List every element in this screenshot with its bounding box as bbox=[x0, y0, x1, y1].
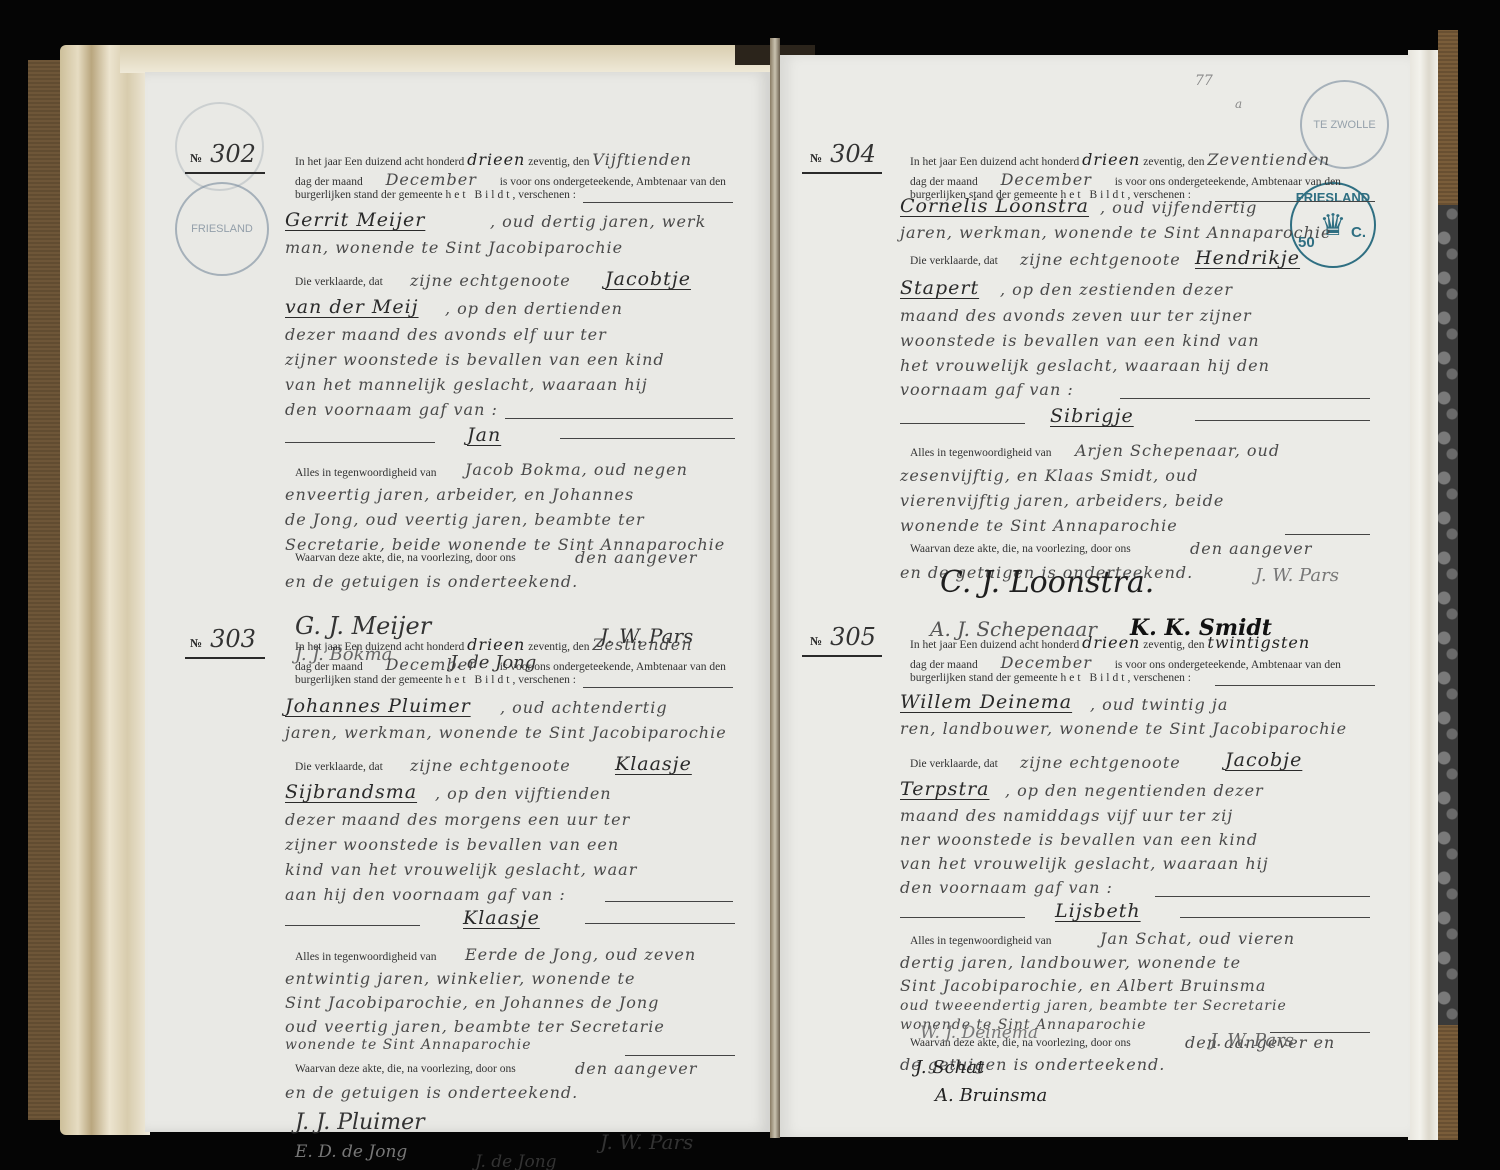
entry-number: №305 bbox=[810, 623, 876, 651]
printed-presence: Alles in tegenwoordigheid van bbox=[910, 935, 1051, 947]
printed-whereof: Waarvan deze akte, die, na voorlezing, d… bbox=[295, 552, 516, 564]
child-name: Klaasje bbox=[463, 907, 540, 929]
handwritten-year: drieen bbox=[467, 150, 525, 169]
printed-text: dag der maand bbox=[295, 661, 363, 673]
birth-text: den voornaam gaf van : bbox=[285, 400, 498, 419]
printed-declared: Die verklaarde, dat bbox=[295, 276, 383, 288]
handwritten-day: twintigsten bbox=[1207, 633, 1310, 652]
rule bbox=[1155, 896, 1370, 897]
wife-last-name: Sijbrandsma bbox=[285, 781, 417, 803]
printed-text: is voor ons ondergeteekende, Ambtenaar v… bbox=[500, 661, 726, 673]
witness-text: Jan Schat, oud vieren bbox=[1100, 929, 1295, 948]
birth-text: ner woonstede is bevallen van een kind bbox=[900, 830, 1258, 849]
printed-text: In het jaar Een duizend acht honderd bbox=[910, 639, 1079, 651]
printed-presence: Alles in tegenwoordigheid van bbox=[295, 467, 436, 479]
witness-text: Sint Jacobiparochie, en Johannes de Jong bbox=[285, 993, 659, 1012]
printed-line-1: In het jaar Een duizend acht honderd dri… bbox=[295, 635, 693, 654]
rule bbox=[900, 917, 1025, 918]
witness-text: zesenvijftig, en Klaas Smidt, oud bbox=[900, 466, 1198, 485]
handwritten-month: December bbox=[981, 170, 1112, 189]
rule bbox=[625, 1055, 735, 1056]
entry-304: №304 In het jaar Een duizend acht honder… bbox=[780, 55, 1410, 615]
witness-text: Arjen Schepenaar, oud bbox=[1075, 441, 1280, 460]
page-stack-left bbox=[60, 45, 150, 1135]
printed-text: zeventig, den bbox=[1143, 156, 1204, 168]
birth-text: van het mannelijk geslacht, waaraan hij bbox=[285, 375, 648, 394]
printed-text: dag der maand bbox=[295, 176, 363, 188]
declarant-details: man, wonende te Sint Jacobiparochie bbox=[285, 238, 623, 257]
printed-line-1: In het jaar Een duizend acht honderd dri… bbox=[295, 150, 692, 169]
printed-whereof: Waarvan deze akte, die, na voorlezing, d… bbox=[910, 543, 1131, 555]
birth-text: zijner woonstede is bevallen van een bbox=[285, 835, 619, 854]
entry-number-value: 302 bbox=[210, 140, 256, 168]
rule bbox=[583, 202, 733, 203]
printed-line-2: dag der maand December is voor ons onder… bbox=[295, 655, 726, 674]
birth-text: maand des namiddags vijf uur ter zij bbox=[900, 806, 1233, 825]
witness-text: oud veertig jaren, beambte ter Secretari… bbox=[285, 1017, 665, 1036]
printed-text: In het jaar Een duizend acht honderd bbox=[295, 156, 464, 168]
printed-line-2: dag der maand December is voor ons onder… bbox=[910, 170, 1341, 189]
birth-text: , op den zestienden dezer bbox=[1000, 280, 1233, 299]
handwritten-day: Zeventienden bbox=[1207, 150, 1330, 169]
entry-number: №304 bbox=[810, 140, 876, 168]
child-name: Sibrigje bbox=[1050, 405, 1134, 427]
signature-witness: E. D. de Jong bbox=[295, 1142, 407, 1162]
entry-number-value: 303 bbox=[210, 625, 256, 653]
cloth-binding-top bbox=[1438, 30, 1458, 205]
declarant-details: , oud achtendertig bbox=[500, 698, 668, 717]
number-label: № bbox=[190, 636, 202, 650]
birth-text: aan hij den voornaam gaf van : bbox=[285, 885, 566, 904]
wife-intro: zijne echtgenoote bbox=[410, 756, 571, 775]
printed-presence: Alles in tegenwoordigheid van bbox=[295, 951, 436, 963]
rule bbox=[1195, 420, 1370, 421]
birth-text: dezer maand des morgens een uur ter bbox=[285, 810, 630, 829]
wife-first-name: Klaasje bbox=[615, 753, 692, 775]
entry-number-value: 305 bbox=[830, 623, 876, 651]
printed-text: is voor ons ondergeteekende, Ambtenaar v… bbox=[1115, 176, 1341, 188]
handwritten-day: Zestienden bbox=[592, 635, 692, 654]
wife-intro: zijne echtgenoote bbox=[1020, 753, 1181, 772]
declarant-details: , oud vijfendertig bbox=[1100, 198, 1257, 217]
declarant-details: , oud twintig ja bbox=[1090, 695, 1228, 714]
witness-text: enveertig jaren, arbeider, en Johannes bbox=[285, 485, 634, 504]
book-cover-right bbox=[1438, 30, 1458, 1140]
wife-last-name: Stapert bbox=[900, 277, 979, 299]
printed-text: In het jaar Een duizend acht honderd bbox=[295, 641, 464, 653]
printed-text: dag der maand bbox=[910, 176, 978, 188]
declarant-details: jaren, werkman, wonende te Sint Jacobipa… bbox=[285, 723, 727, 742]
printed-line-1: In het jaar Een duizend acht honderd dri… bbox=[910, 633, 1310, 652]
printed-text: is voor ons ondergeteekende, Ambtenaar v… bbox=[500, 176, 726, 188]
birth-text: maand des avonds zeven uur ter zijner bbox=[900, 306, 1252, 325]
signature-official: J. W. Pars bbox=[1255, 565, 1339, 586]
witness-text: Jacob Bokma, oud negen bbox=[465, 460, 688, 479]
signature-witness: A. Bruinsma bbox=[935, 1085, 1047, 1106]
printed-line-3: burgerlijken stand der gemeente het Bild… bbox=[295, 674, 576, 686]
printed-line-3: burgerlijken stand der gemeente het Bild… bbox=[295, 189, 576, 201]
birth-text: zijner woonstede is bevallen van een kin… bbox=[285, 350, 665, 369]
wife-intro: zijne echtgenoote bbox=[410, 271, 571, 290]
signature-declarant: C. J. Loonstra. bbox=[940, 565, 1154, 600]
book-gutter bbox=[770, 38, 780, 1138]
municipality: het Bildt bbox=[446, 674, 513, 686]
printed-whereof: Waarvan deze akte, die, na voorlezing, d… bbox=[295, 1063, 516, 1075]
declarant-name: Johannes Pluimer bbox=[285, 695, 471, 717]
closing-text: en de getuigen is onderteekend. bbox=[285, 572, 578, 591]
rule bbox=[605, 901, 733, 902]
handwritten-year: drieen bbox=[1082, 633, 1140, 652]
declarant-details: , oud dertig jaren, werk bbox=[490, 212, 706, 231]
number-rule bbox=[185, 172, 265, 174]
birth-text: voornaam gaf van : bbox=[900, 380, 1074, 399]
printed-declared: Die verklaarde, dat bbox=[910, 758, 998, 770]
closing-text: en de getuigen is onderteekend. bbox=[285, 1083, 578, 1102]
rule bbox=[285, 925, 420, 926]
declarant-details: jaren, werkman, wonende te Sint Annaparo… bbox=[900, 223, 1332, 242]
witness-text: Sint Jacobiparochie, en Albert Bruinsma bbox=[900, 976, 1266, 995]
cloth-binding-bottom bbox=[1438, 1025, 1458, 1140]
rule bbox=[505, 418, 733, 419]
entry-302: №302 In het jaar Een duizend acht honder… bbox=[145, 72, 770, 612]
printed-text: zeventig, den bbox=[528, 156, 589, 168]
signature-official: J. W. Pars bbox=[1210, 1030, 1294, 1051]
witness-text: wonende te Sint Annaparochie bbox=[900, 516, 1178, 535]
printed-text: , verschenen : bbox=[1127, 672, 1191, 684]
wife-first-name: Hendrikje bbox=[1195, 247, 1300, 269]
declarant-name: Cornelis Loonstra bbox=[900, 195, 1089, 217]
handwritten-month: December bbox=[366, 170, 497, 189]
declarant-details: ren, landbouwer, wonende te Sint Jacobip… bbox=[900, 719, 1347, 738]
number-label: № bbox=[810, 151, 822, 165]
printed-text: In het jaar Een duizend acht honderd bbox=[910, 156, 1079, 168]
birth-text: woonstede is bevallen van een kind van bbox=[900, 331, 1260, 350]
birth-text: , op den vijftienden bbox=[435, 784, 612, 803]
birth-text: het vrouwelijk geslacht, waaraan hij den bbox=[900, 356, 1270, 375]
printed-declared: Die verklaarde, dat bbox=[295, 761, 383, 773]
rule bbox=[583, 687, 733, 688]
witness-text: wonende te Sint Annaparochie bbox=[285, 1037, 532, 1053]
entry-number: №302 bbox=[190, 140, 256, 168]
birth-text: kind van het vrouwelijk geslacht, waar bbox=[285, 860, 637, 879]
right-page: 77 a TE ZWOLLE FRIESLAND ♛ 50 C. №304 In… bbox=[780, 55, 1410, 1137]
number-rule bbox=[802, 655, 882, 657]
rule bbox=[1120, 398, 1370, 399]
printed-line-2: dag der maand December is voor ons onder… bbox=[295, 170, 726, 189]
rule bbox=[285, 442, 435, 443]
printed-text: is voor ons ondergeteekende, Ambtenaar v… bbox=[1115, 659, 1341, 671]
handwritten-month: December bbox=[981, 653, 1112, 672]
rule bbox=[900, 423, 1025, 424]
printed-text: , verschenen : bbox=[512, 189, 576, 201]
number-label: № bbox=[810, 634, 822, 648]
entry-number-value: 304 bbox=[830, 140, 876, 168]
closing-text: den aangever bbox=[575, 548, 697, 567]
printed-presence: Alles in tegenwoordigheid van bbox=[910, 447, 1051, 459]
child-name: Lijsbeth bbox=[1055, 900, 1141, 922]
signature-official: J. W. Pars bbox=[600, 1130, 693, 1154]
printed-line-1: In het jaar Een duizend acht honderd dri… bbox=[910, 150, 1330, 169]
rule bbox=[1215, 685, 1375, 686]
witness-text: entwintig jaren, winkelier, wonende te bbox=[285, 969, 635, 988]
printed-text: burgerlijken stand der gemeente bbox=[295, 189, 443, 201]
rule bbox=[560, 438, 735, 439]
page-top-edge bbox=[120, 45, 770, 73]
birth-text: , op den negentienden dezer bbox=[1005, 781, 1264, 800]
signature-declarant: W. J. Deinema bbox=[920, 1023, 1038, 1043]
declarant-name: Gerrit Meijer bbox=[285, 209, 425, 231]
wife-first-name: Jacobtje bbox=[605, 268, 691, 290]
printed-text: burgerlijken stand der gemeente bbox=[295, 674, 443, 686]
signature-witness: J. Schat bbox=[915, 1057, 984, 1078]
wife-last-name: Terpstra bbox=[900, 778, 989, 800]
witness-text: dertig jaren, landbouwer, wonende te bbox=[900, 953, 1241, 972]
handwritten-month: December bbox=[366, 655, 497, 674]
handwritten-year: drieen bbox=[467, 635, 525, 654]
handwritten-year: drieen bbox=[1082, 150, 1140, 169]
signature-witness: J. de Jong bbox=[475, 1152, 557, 1170]
printed-line-3: burgerlijken stand der gemeente het Bild… bbox=[910, 672, 1191, 684]
witness-text: de Jong, oud veertig jaren, beambte ter bbox=[285, 510, 645, 529]
birth-text: dezer maand des avonds elf uur ter bbox=[285, 325, 607, 344]
printed-text: burgerlijken stand der gemeente bbox=[910, 672, 1058, 684]
municipality: het Bildt bbox=[1061, 672, 1128, 684]
printed-text: zeventig, den bbox=[1143, 639, 1204, 651]
number-label: № bbox=[190, 151, 202, 165]
wife-last-name: van der Meij bbox=[285, 296, 419, 318]
printed-text: zeventig, den bbox=[528, 641, 589, 653]
handwritten-day: Vijftienden bbox=[592, 150, 692, 169]
witness-text: oud tweeendertig jaren, beambte ter Secr… bbox=[900, 998, 1287, 1014]
witness-text: vierenvijftig jaren, arbeiders, beide bbox=[900, 491, 1224, 510]
wife-intro: zijne echtgenoote bbox=[1020, 250, 1181, 269]
printed-text: , verschenen : bbox=[512, 674, 576, 686]
printed-line-2: dag der maand December is voor ons onder… bbox=[910, 653, 1341, 672]
entry-number: №303 bbox=[190, 625, 256, 653]
birth-text: van het vrouwelijk geslacht, waaraan hij bbox=[900, 854, 1269, 873]
number-rule bbox=[802, 172, 882, 174]
left-page: FRIESLAND №302 In het jaar Een duizend a… bbox=[145, 72, 770, 1132]
page-stack-right bbox=[1408, 50, 1438, 1140]
birth-text: den voornaam gaf van : bbox=[900, 878, 1113, 897]
declarant-name: Willem Deinema bbox=[900, 691, 1072, 713]
closing-text: den aangever bbox=[575, 1059, 697, 1078]
wife-first-name: Jacobje bbox=[1225, 749, 1302, 771]
printed-text: dag der maand bbox=[910, 659, 978, 671]
child-name: Jan bbox=[467, 424, 501, 446]
rule bbox=[1285, 534, 1370, 535]
rule bbox=[1180, 917, 1370, 918]
rule bbox=[585, 923, 735, 924]
entry-303: №303 In het jaar Een duizend acht honder… bbox=[145, 617, 770, 1137]
number-rule bbox=[185, 657, 265, 659]
municipality: het Bildt bbox=[446, 189, 513, 201]
printed-declared: Die verklaarde, dat bbox=[910, 255, 998, 267]
birth-text: , op den dertienden bbox=[445, 299, 623, 318]
witness-text: Eerde de Jong, oud zeven bbox=[465, 945, 696, 964]
entry-305: №305 In het jaar Een duizend acht honder… bbox=[780, 615, 1410, 1135]
signature-declarant: J. J. Pluimer bbox=[295, 1110, 425, 1135]
closing-text: den aangever bbox=[1190, 539, 1312, 558]
